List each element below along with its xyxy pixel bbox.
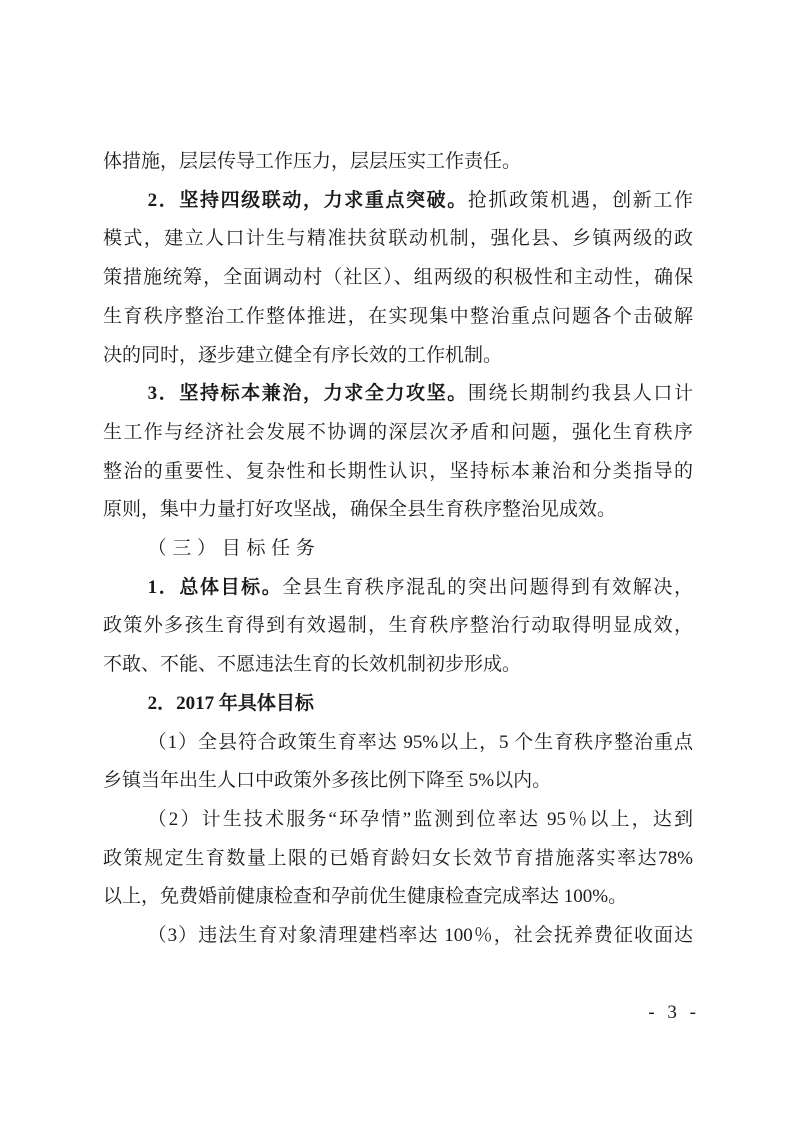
- text-run: （2）计生技术服务“环孕情”监测到位率达 95％以上，达到: [148, 809, 693, 830]
- text-line: 1．总体目标。全县生育秩序混乱的突出问题得到有效解决，: [103, 569, 693, 608]
- text-run: 不敢、不能、不愿违法生育的长效机制初步形成。: [103, 654, 521, 675]
- text-line: 策措施统筹，全面调动村（社区）、组两级的积极性和主动性，确保: [103, 259, 693, 298]
- bold-text-run: 1．总体目标。: [148, 577, 283, 598]
- paragraph: 2．坚持四级联动，力求重点突破。抢抓政策机遇，创新工作模式，建立人口计生与精准扶…: [103, 182, 693, 376]
- document-page: 体措施，层层传导工作压力，层层压实工作责任。2．坚持四级联动，力求重点突破。抢抓…: [0, 0, 793, 1122]
- text-run: 模式，建立人口计生与精准扶贫联动机制，强化县、乡镇两级的政: [103, 228, 693, 249]
- text-run: 以上，免费婚前健康检查和孕前优生健康检查完成率达 100%。: [103, 886, 627, 907]
- text-line: 2．坚持四级联动，力求重点突破。抢抓政策机遇，创新工作: [103, 182, 693, 221]
- page-footer: - 3 -: [648, 1002, 700, 1024]
- document-content: 体措施，层层传导工作压力，层层压实工作责任。2．坚持四级联动，力求重点突破。抢抓…: [103, 143, 693, 956]
- text-run: 策措施统筹，全面调动村（社区）、组两级的积极性和主动性，确保: [103, 267, 693, 288]
- paragraph: 体措施，层层传导工作压力，层层压实工作责任。: [103, 143, 693, 182]
- text-run: 抢抓政策机遇，创新工作: [468, 190, 693, 211]
- text-line: 体措施，层层传导工作压力，层层压实工作责任。: [103, 143, 693, 182]
- text-line: 决的同时，逐步建立健全有序长效的工作机制。: [103, 337, 693, 376]
- text-line: 2．2017 年具体目标: [103, 685, 693, 724]
- sub-heading-paragraph: （三）目标任务: [103, 530, 693, 569]
- text-run: （1）全县符合政策生育率达 95%以上，5 个生育秩序整治重点: [148, 732, 693, 753]
- text-line: 生育秩序整治工作整体推进，在实现集中整治重点问题各个击破解: [103, 298, 693, 337]
- text-line: 政策外多孩生育得到有效遏制，生育秩序整治行动取得明显成效，: [103, 607, 693, 646]
- page-number: - 3 -: [648, 1002, 700, 1023]
- text-run: 整治的重要性、复杂性和长期性认识，坚持标本兼治和分类指导的: [103, 461, 693, 482]
- text-line: （三）目标任务: [103, 530, 693, 569]
- text-line: 原则，集中力量打好攻坚战，确保全县生育秩序整治见成效。: [103, 491, 693, 530]
- text-run: 围绕长期制约我县人口计: [468, 383, 693, 404]
- text-run: 政策规定生育数量上限的已婚育龄妇女长效节育措施落实率达78%: [103, 848, 693, 869]
- text-line: （1）全县符合政策生育率达 95%以上，5 个生育秩序整治重点: [103, 724, 693, 763]
- text-run: （三）目标任务: [148, 538, 321, 559]
- text-run: 全县生育秩序混乱的突出问题得到有效解决，: [282, 577, 693, 598]
- text-line: 政策规定生育数量上限的已婚育龄妇女长效节育措施落实率达78%: [103, 840, 693, 879]
- text-run: 决的同时，逐步建立健全有序长效的工作机制。: [103, 345, 502, 366]
- paragraph: （2）计生技术服务“环孕情”监测到位率达 95％以上，达到政策规定生育数量上限的…: [103, 801, 693, 917]
- text-line: （2）计生技术服务“环孕情”监测到位率达 95％以上，达到: [103, 801, 693, 840]
- text-run: 体措施，层层传导工作压力，层层压实工作责任。: [103, 151, 521, 172]
- text-line: 以上，免费婚前健康检查和孕前优生健康检查完成率达 100%。: [103, 878, 693, 917]
- text-line: 不敢、不能、不愿违法生育的长效机制初步形成。: [103, 646, 693, 685]
- text-line: 生工作与经济社会发展不协调的深层次矛盾和问题，强化生育秩序: [103, 414, 693, 453]
- text-line: 模式，建立人口计生与精准扶贫联动机制，强化县、乡镇两级的政: [103, 220, 693, 259]
- text-run: 生育秩序整治工作整体推进，在实现集中整治重点问题各个击破解: [103, 306, 693, 327]
- text-line: 整治的重要性、复杂性和长期性认识，坚持标本兼治和分类指导的: [103, 453, 693, 492]
- bold-text-run: 3．坚持标本兼治，力求全力攻坚。: [148, 383, 468, 404]
- paragraph: （3）违法生育对象清理建档率达 100％，社会抚养费征收面达: [103, 917, 693, 956]
- text-line: 乡镇当年出生人口中政策外多孩比例下降至 5%以内。: [103, 762, 693, 801]
- text-run: 生工作与经济社会发展不协调的深层次矛盾和问题，强化生育秩序: [103, 422, 693, 443]
- paragraph: 1．总体目标。全县生育秩序混乱的突出问题得到有效解决，政策外多孩生育得到有效遏制…: [103, 569, 693, 685]
- bold-text-run: 2．坚持四级联动，力求重点突破。: [148, 190, 468, 211]
- paragraph: 3．坚持标本兼治，力求全力攻坚。围绕长期制约我县人口计生工作与经济社会发展不协调…: [103, 375, 693, 530]
- paragraph: （1）全县符合政策生育率达 95%以上，5 个生育秩序整治重点乡镇当年出生人口中…: [103, 724, 693, 801]
- bold-text-run: 2．2017 年具体目标: [148, 693, 314, 714]
- text-line: 3．坚持标本兼治，力求全力攻坚。围绕长期制约我县人口计: [103, 375, 693, 414]
- text-line: （3）违法生育对象清理建档率达 100％，社会抚养费征收面达: [103, 917, 693, 956]
- text-run: （3）违法生育对象清理建档率达 100％，社会抚养费征收面达: [148, 925, 693, 946]
- text-run: 乡镇当年出生人口中政策外多孩比例下降至 5%以内。: [103, 770, 551, 791]
- text-run: 原则，集中力量打好攻坚战，确保全县生育秩序整治见成效。: [103, 499, 616, 520]
- paragraph: 2．2017 年具体目标: [103, 685, 693, 724]
- text-run: 政策外多孩生育得到有效遏制，生育秩序整治行动取得明显成效，: [103, 615, 693, 636]
